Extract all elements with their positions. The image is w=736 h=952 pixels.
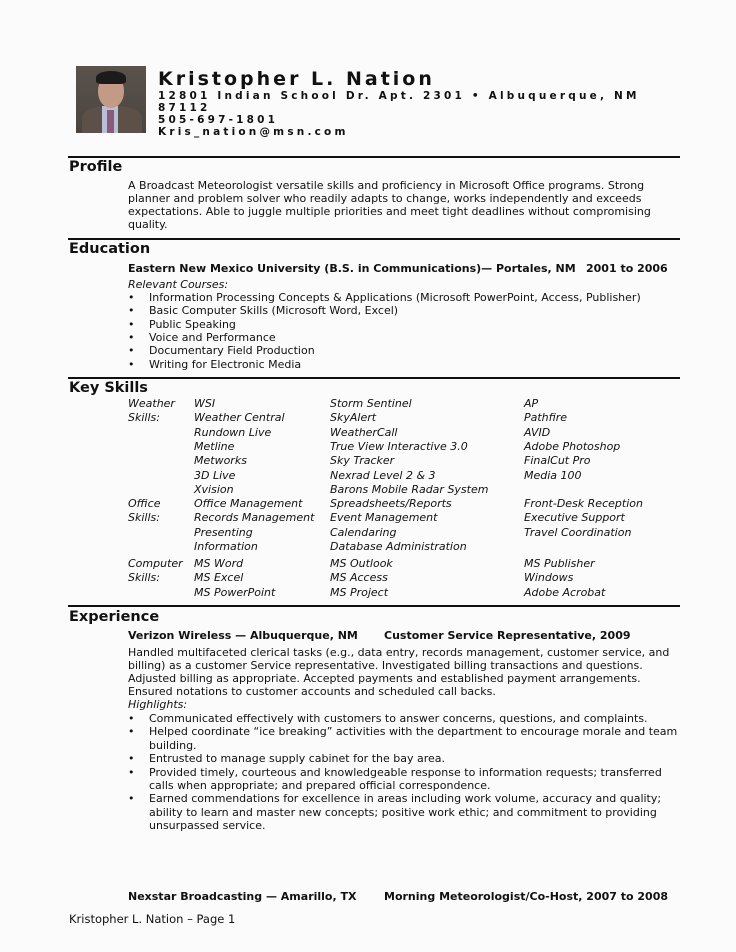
skills-heading: Key Skills: [69, 380, 148, 396]
course-text: Voice and Performance: [149, 331, 276, 344]
skill-item: MS Outlook: [330, 557, 393, 571]
course-text: Documentary Field Production: [149, 344, 315, 357]
skill-item: MS Excel: [194, 571, 243, 585]
bullet-icon: •: [128, 766, 135, 779]
highlight-text: unsurpassed service.: [149, 819, 266, 832]
highlight-text: Helped coordinate “ice breaking” activit…: [149, 725, 677, 738]
skill-group-label: Skills:: [128, 411, 160, 425]
skill-item: MS Word: [194, 557, 243, 571]
photo-tie: [107, 110, 114, 133]
job-description-line: Handled multifaceted clerical tasks (e.g…: [128, 646, 669, 659]
bullet-icon: •: [128, 291, 135, 304]
skill-item: 3D Live: [194, 469, 235, 483]
address-line-2: 87112: [158, 102, 211, 114]
bullet-icon: •: [128, 331, 135, 344]
skill-item: Records Management: [194, 511, 314, 525]
highlights-label: Highlights:: [128, 698, 187, 711]
course-text: Information Processing Concepts & Applic…: [149, 291, 641, 304]
address-line-1: 12801 Indian School Dr. Apt. 2301 • Albu…: [158, 90, 640, 102]
skill-item: Travel Coordination: [524, 526, 631, 540]
skill-item: Adobe Photoshop: [524, 440, 620, 454]
course-item: •Voice and Performance: [128, 331, 688, 345]
skill-item: Metline: [194, 440, 234, 454]
bullet-icon: •: [128, 344, 135, 357]
education-heading: Education: [69, 241, 150, 257]
job-title: Morning Meteorologist/Co-Host, 2007 to 2…: [384, 890, 668, 903]
profile-line: A Broadcast Meteorologist versatile skil…: [128, 179, 644, 192]
skill-group-label: Weather: [128, 397, 175, 411]
skill-item: Office Management: [194, 497, 302, 511]
profile-line: expectations. Able to juggle multiple pr…: [128, 205, 651, 218]
bullet-icon: •: [128, 725, 135, 738]
bullet-icon: •: [128, 712, 135, 725]
highlight-text: Provided timely, courteous and knowledge…: [149, 766, 662, 779]
school-name: Eastern New Mexico University (B.S. in C…: [128, 262, 576, 275]
skill-item: Information: [194, 540, 258, 554]
email-address[interactable]: Kris_nation@msn.com: [158, 126, 349, 138]
course-text: Writing for Electronic Media: [149, 358, 301, 371]
skill-group-label: Skills:: [128, 571, 160, 585]
skill-item: Database Administration: [330, 540, 467, 554]
course-item: •Basic Computer Skills (Microsoft Word, …: [128, 304, 688, 318]
profile-line: planner and problem solver who readily a…: [128, 192, 641, 205]
skill-item: Event Management: [330, 511, 437, 525]
skill-group-label: Skills:: [128, 511, 160, 525]
profile-line: quality.: [128, 218, 168, 231]
skill-item: AVID: [524, 426, 550, 440]
profile-heading: Profile: [69, 159, 122, 175]
course-item: •Information Processing Concepts & Appli…: [128, 291, 688, 305]
skill-item: MS Project: [330, 586, 388, 600]
candidate-name: Kristopher L. Nation: [158, 68, 435, 90]
bullet-icon: •: [128, 304, 135, 317]
skill-item: Calendaring: [330, 526, 396, 540]
course-item: •Documentary Field Production: [128, 344, 688, 358]
skill-item: FinalCut Pro: [524, 454, 591, 468]
highlight-text: Earned commendations for excellence in a…: [149, 792, 661, 805]
section-divider: [68, 377, 680, 379]
skill-item: Metworks: [194, 454, 247, 468]
job-employer: Verizon Wireless — Albuquerque, NM: [128, 629, 358, 642]
highlight-text: ability to learn and master new concepts…: [149, 806, 657, 819]
section-divider: [68, 605, 680, 607]
skill-group-label: Computer: [128, 557, 183, 571]
skill-item: True View Interactive 3.0: [330, 440, 468, 454]
course-text: Public Speaking: [149, 318, 236, 331]
skill-item: Spreadsheets/Reports: [330, 497, 452, 511]
skill-item: Xvision: [194, 483, 234, 497]
skill-item: Front-Desk Reception: [524, 497, 643, 511]
skill-item: SkyAlert: [330, 411, 376, 425]
job-description-line: Adjusted billing as appropriate. Accepte…: [128, 672, 641, 685]
page-footer: Kristopher L. Nation – Page 1: [69, 913, 235, 926]
section-divider: [68, 238, 680, 240]
bullet-icon: •: [128, 752, 135, 765]
relevant-courses-label: Relevant Courses:: [128, 278, 228, 291]
section-divider: [68, 156, 680, 158]
skill-item: Sky Tracker: [330, 454, 394, 468]
photo-hair: [96, 71, 126, 84]
skill-item: MS Publisher: [524, 557, 595, 571]
skill-item: Presenting: [194, 526, 253, 540]
highlight-text: building.: [149, 739, 197, 752]
skill-item: Media 100: [524, 469, 582, 483]
skill-item: AP: [524, 397, 538, 411]
skill-item: Nexrad Level 2 & 3: [330, 469, 436, 483]
highlight-text: calls when appropriate; and prepared off…: [149, 779, 490, 792]
highlight-text: Entrusted to manage supply cabinet for t…: [149, 752, 445, 765]
bullet-icon: •: [128, 792, 135, 805]
portrait-photo: [76, 66, 146, 133]
skill-item: Barons Mobile Radar System: [330, 483, 488, 497]
course-text: Basic Computer Skills (Microsoft Word, E…: [149, 304, 398, 317]
education-dates: 2001 to 2006: [586, 262, 668, 275]
skill-item: Weather Central: [194, 411, 285, 425]
course-item: •Public Speaking: [128, 318, 688, 332]
skill-item: Rundown Live: [194, 426, 271, 440]
skill-item: MS Access: [330, 571, 388, 585]
job-description-line: Ensured notations to customer accounts a…: [128, 685, 496, 698]
course-item: •Writing for Electronic Media: [128, 358, 688, 372]
skill-item: MS PowerPoint: [194, 586, 275, 600]
skill-item: Adobe Acrobat: [524, 586, 605, 600]
skill-item: WeatherCall: [330, 426, 398, 440]
job-description-line: billing) as a customer Service represent…: [128, 659, 643, 672]
job-employer: Nexstar Broadcasting — Amarillo, TX: [128, 890, 356, 903]
skill-item: WSI: [194, 397, 215, 411]
skill-item: Pathfire: [524, 411, 567, 425]
skill-item: Storm Sentinel: [330, 397, 412, 411]
bullet-icon: •: [128, 358, 135, 371]
skill-item: Windows: [524, 571, 573, 585]
bullet-icon: •: [128, 318, 135, 331]
highlight-text: Communicated effectively with customers …: [149, 712, 648, 725]
experience-heading: Experience: [69, 609, 159, 625]
phone-number: 505-697-1801: [158, 114, 278, 126]
skill-group-label: Office: [128, 497, 160, 511]
skill-item: Executive Support: [524, 511, 625, 525]
job-title: Customer Service Representative, 2009: [384, 629, 631, 642]
